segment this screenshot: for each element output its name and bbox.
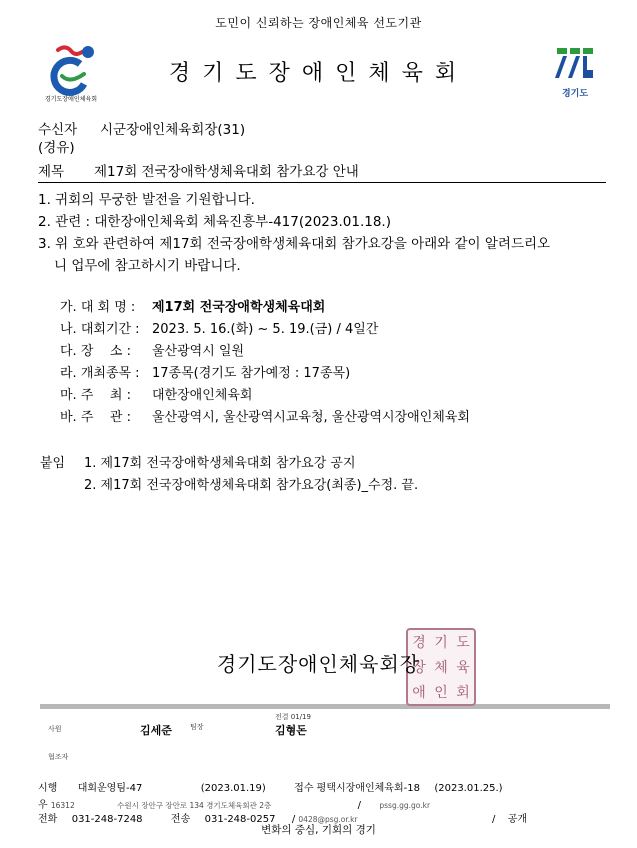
body-line-2: 2. 관련 : 대한장애인체육회 체육진흥부-417(2023.01.18.) — [38, 210, 391, 230]
signer-title: 경기도장애인체육회장 — [0, 648, 637, 677]
detail-value: 울산광역시 일원 — [152, 344, 244, 359]
body-line-1: 1. 귀회의 무궁한 발전을 기원합니다. — [38, 188, 255, 208]
detail-value: 대한장애인체육회 — [152, 388, 252, 403]
detail-item-event-name: 가. 대 회 명 :제17회 전국장애학생체육대회 — [60, 296, 325, 315]
seal-char: 인 — [430, 682, 452, 702]
address-line: 우 16312 수원시 장안구 장안로 134 경기도체육회관 2층 / pss… — [38, 796, 430, 811]
body-line-3: 3. 위 호와 관련하여 제17회 전국장애학생체육대회 참가요강을 아래와 같… — [38, 232, 550, 252]
final-approver-name: 김형돈 — [275, 722, 307, 738]
detail-key: 가. 대 회 명 : — [60, 296, 152, 315]
receipt-number: 평택시장애인체육회-18 — [317, 783, 420, 794]
receipt-label: 접수 — [294, 783, 313, 794]
detail-key: 나. 대회기간 : — [60, 318, 152, 337]
detail-item-host: 마. 주 최 :대한장애인체육회 — [60, 384, 252, 403]
attachment-link-1[interactable]: 1. 제17회 전국장애학생체육대회 참가요강 공지 — [84, 452, 356, 471]
detail-item-venue: 다. 장 소 :울산광역시 일원 — [60, 340, 244, 359]
website-link[interactable]: pssg.gg.go.kr — [379, 801, 430, 810]
org-logo-caption: 경기도장애인체육회 — [40, 94, 102, 103]
detail-item-organizer: 바. 주 관 :울산광역시, 울산광역시교육청, 울산광역시장애인체육회 — [60, 406, 470, 425]
detail-value: 울산광역시, 울산광역시교육청, 울산광역시장애인체육회 — [152, 410, 470, 425]
seal-char: 회 — [452, 682, 474, 702]
staff-role: 사원 — [48, 724, 62, 734]
body-line-4: 니 업무에 참고하시기 바랍니다. — [54, 254, 241, 274]
recipient-line: 수신자시군장애인체육회장(31) — [38, 118, 245, 138]
subject-value: 제17회 전국장애학생체육대회 참가요강 안내 — [94, 164, 359, 180]
detail-key: 마. 주 최 : — [60, 384, 152, 403]
postal-code: 16312 — [51, 801, 75, 810]
lead-role: 팀장 — [190, 722, 204, 732]
address: 수원시 장안구 장안로 134 경기도체육회관 2층 — [117, 801, 271, 810]
enforce-label: 시행 — [38, 783, 57, 794]
approval-divider — [40, 704, 610, 709]
org-title: 경기도장애인체육회 — [0, 56, 637, 87]
detail-key: 라. 개최종목 : — [60, 362, 152, 381]
detail-key: 다. 장 소 : — [60, 340, 152, 359]
recipient-label: 수신자 — [38, 118, 100, 138]
enforce-date: (2023.01.19) — [201, 783, 266, 794]
slogan: 도민이 신뢰하는 장애인체육 선도기관 — [0, 14, 637, 31]
gyeonggi-logo-icon — [555, 46, 595, 86]
staff-name: 김세준 — [140, 722, 172, 738]
attachment-link-2[interactable]: 2. 제17회 전국장애학생체육대회 참가요강(최종)_수정. 끝. — [84, 474, 418, 493]
gyeonggi-logo-caption: 경기도 — [555, 86, 595, 99]
enforce-number: 대회운영팀-47 — [78, 783, 143, 794]
detail-item-events: 라. 개최종목 :17종목(경기도 참가예정 : 17종목) — [60, 362, 350, 381]
detail-value: 제17회 전국장애학생체육대회 — [152, 300, 325, 315]
recipient-value: 시군장애인체육회장(31) — [100, 122, 245, 138]
subject-divider — [38, 182, 606, 183]
attachments-label: 붙임 — [40, 452, 65, 471]
detail-item-period: 나. 대회기간 :2023. 5. 16.(화) ~ 5. 19.(금) / 4… — [60, 318, 378, 337]
detail-key: 바. 주 관 : — [60, 406, 152, 425]
detail-value: 2023. 5. 16.(화) ~ 5. 19.(금) / 4일간 — [152, 322, 378, 337]
detail-value: 17종목(경기도 참가예정 : 17종목) — [152, 366, 350, 381]
closing-motto: 변화의 중심, 기회의 경기 — [0, 822, 637, 837]
subject-label: 제목 — [38, 160, 94, 180]
final-approval-note: 전결 01/19 — [275, 712, 311, 722]
cooperator-label: 협조자 — [48, 752, 68, 762]
seal-char: 애 — [408, 682, 430, 702]
via-label: (경유) — [38, 136, 75, 156]
receipt-date: (2023.01.25.) — [434, 783, 502, 794]
subject-line: 제목제17회 전국장애학생체육대회 참가요강 안내 — [38, 160, 359, 180]
enforcement-line: 시행 대회운영팀-47 (2023.01.19) 접수 평택시장애인체육회-18… — [38, 779, 503, 794]
